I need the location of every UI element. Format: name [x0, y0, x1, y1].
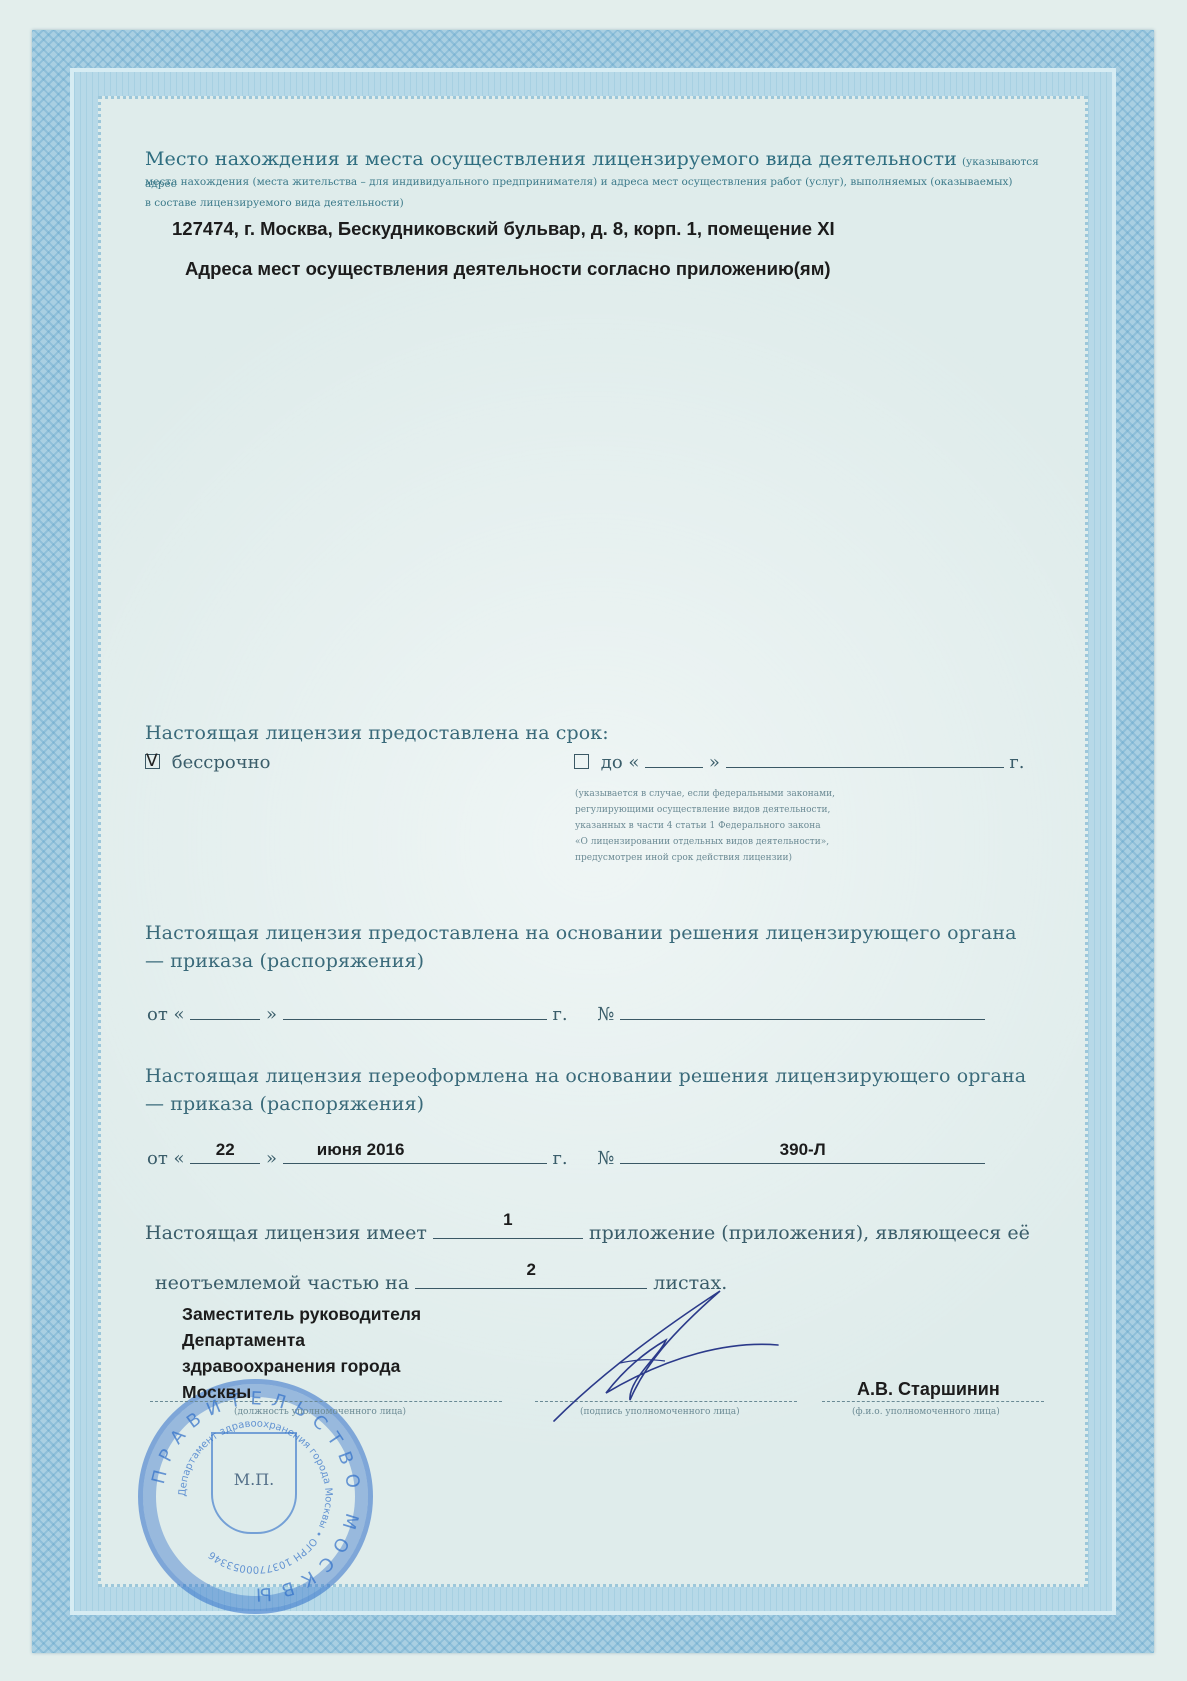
position-line: Заместитель руководителя	[182, 1301, 421, 1327]
until-day-field	[645, 767, 703, 768]
name-line-rule	[822, 1401, 1044, 1402]
stamp-mp-label: М.П.	[213, 1470, 295, 1489]
reissued-from-prefix: от «	[147, 1148, 185, 1169]
location-note-2: места нахождения (места жительства – для…	[145, 172, 1065, 192]
checkmark-icon: V	[146, 753, 158, 770]
appendix-text-2: приложение (приложения), являющееся её	[589, 1222, 1030, 1244]
granted-line-2: — приказа (распоряжения)	[145, 950, 424, 972]
position-line: Департамента	[182, 1327, 421, 1353]
until-note-line: «О лицензировании отдельных видов деятел…	[575, 834, 835, 850]
position-line: здравоохранения города	[182, 1353, 421, 1379]
addresses-per-appendix: Адреса мест осуществления деятельности с…	[185, 258, 831, 280]
until-note-line: (указывается в случае, если федеральными…	[575, 786, 835, 802]
name-caption: (ф.и.о. уполномоченного лица)	[852, 1404, 1000, 1420]
position-title: Заместитель руководителя Департамента зд…	[182, 1301, 421, 1405]
reissued-year-suffix: г.	[552, 1148, 567, 1169]
handwritten-signature	[550, 1285, 780, 1425]
indefinite-checkbox: V	[145, 754, 160, 769]
reissued-line-1: Настоящая лицензия переоформлена на осно…	[145, 1065, 1026, 1087]
reissued-from-mid: »	[266, 1148, 277, 1169]
term-until-option: до « » г.	[574, 752, 1025, 773]
until-mid: »	[709, 752, 720, 773]
until-month-year-field	[726, 767, 1004, 768]
moscow-coat-of-arms-icon: М.П.	[211, 1432, 297, 1534]
granted-year-suffix: г.	[552, 1004, 567, 1025]
granted-from-mid: »	[266, 1004, 277, 1025]
location-heading: Место нахождения и места осуществления л…	[145, 148, 957, 170]
until-note-line: указанных в части 4 статьи 1 Федеральног…	[575, 818, 835, 834]
appendix-text-1: Настоящая лицензия имеет	[145, 1222, 427, 1244]
until-prefix: до «	[601, 752, 640, 773]
signatory-name: А.В. Старшинин	[857, 1379, 1000, 1400]
until-suffix: г.	[1009, 752, 1024, 773]
granted-number-field	[620, 1019, 985, 1020]
granted-day-field	[190, 1019, 260, 1020]
granted-line-1: Настоящая лицензия предоставлена на осно…	[145, 922, 1017, 944]
granted-order-row: от « » г. №	[147, 1004, 985, 1025]
term-heading: Настоящая лицензия предоставлена на срок…	[145, 722, 609, 744]
until-note-line: предусмотрен иной срок действия лицензии…	[575, 850, 835, 866]
position-line-rule	[150, 1401, 502, 1402]
license-address: 127474, г. Москва, Бескудниковский бульв…	[172, 218, 835, 240]
position-caption: (должность уполномоченного лица)	[234, 1404, 406, 1420]
until-note: (указывается в случае, если федеральными…	[575, 786, 835, 866]
reissued-day-field: 22	[190, 1163, 260, 1164]
appendix-row-1: Настоящая лицензия имеет 1 приложение (п…	[145, 1222, 1030, 1244]
granted-from-prefix: от «	[147, 1004, 185, 1025]
reissued-line-2: — приказа (распоряжения)	[145, 1093, 424, 1115]
granted-number-label: №	[597, 1004, 614, 1025]
reissued-number-field: 390-Л	[620, 1163, 985, 1164]
appendix-count-field: 1	[433, 1238, 583, 1239]
until-checkbox	[574, 754, 589, 769]
reissued-number-label: №	[597, 1148, 614, 1169]
reissued-month-year-field: июня 2016	[283, 1163, 547, 1164]
term-indefinite-option: V бессрочно	[145, 752, 270, 773]
reissued-order-row: от « 22 » июня 2016 г. № 390-Л	[147, 1148, 985, 1169]
granted-month-year-field	[283, 1019, 547, 1020]
indefinite-label: бессрочно	[172, 752, 271, 773]
location-note-3: в составе лицензируемого вида деятельнос…	[145, 193, 404, 213]
until-note-line: регулирующими осуществление видов деятел…	[575, 802, 835, 818]
appendix-text-3: неотъемлемой частью на	[155, 1272, 409, 1294]
